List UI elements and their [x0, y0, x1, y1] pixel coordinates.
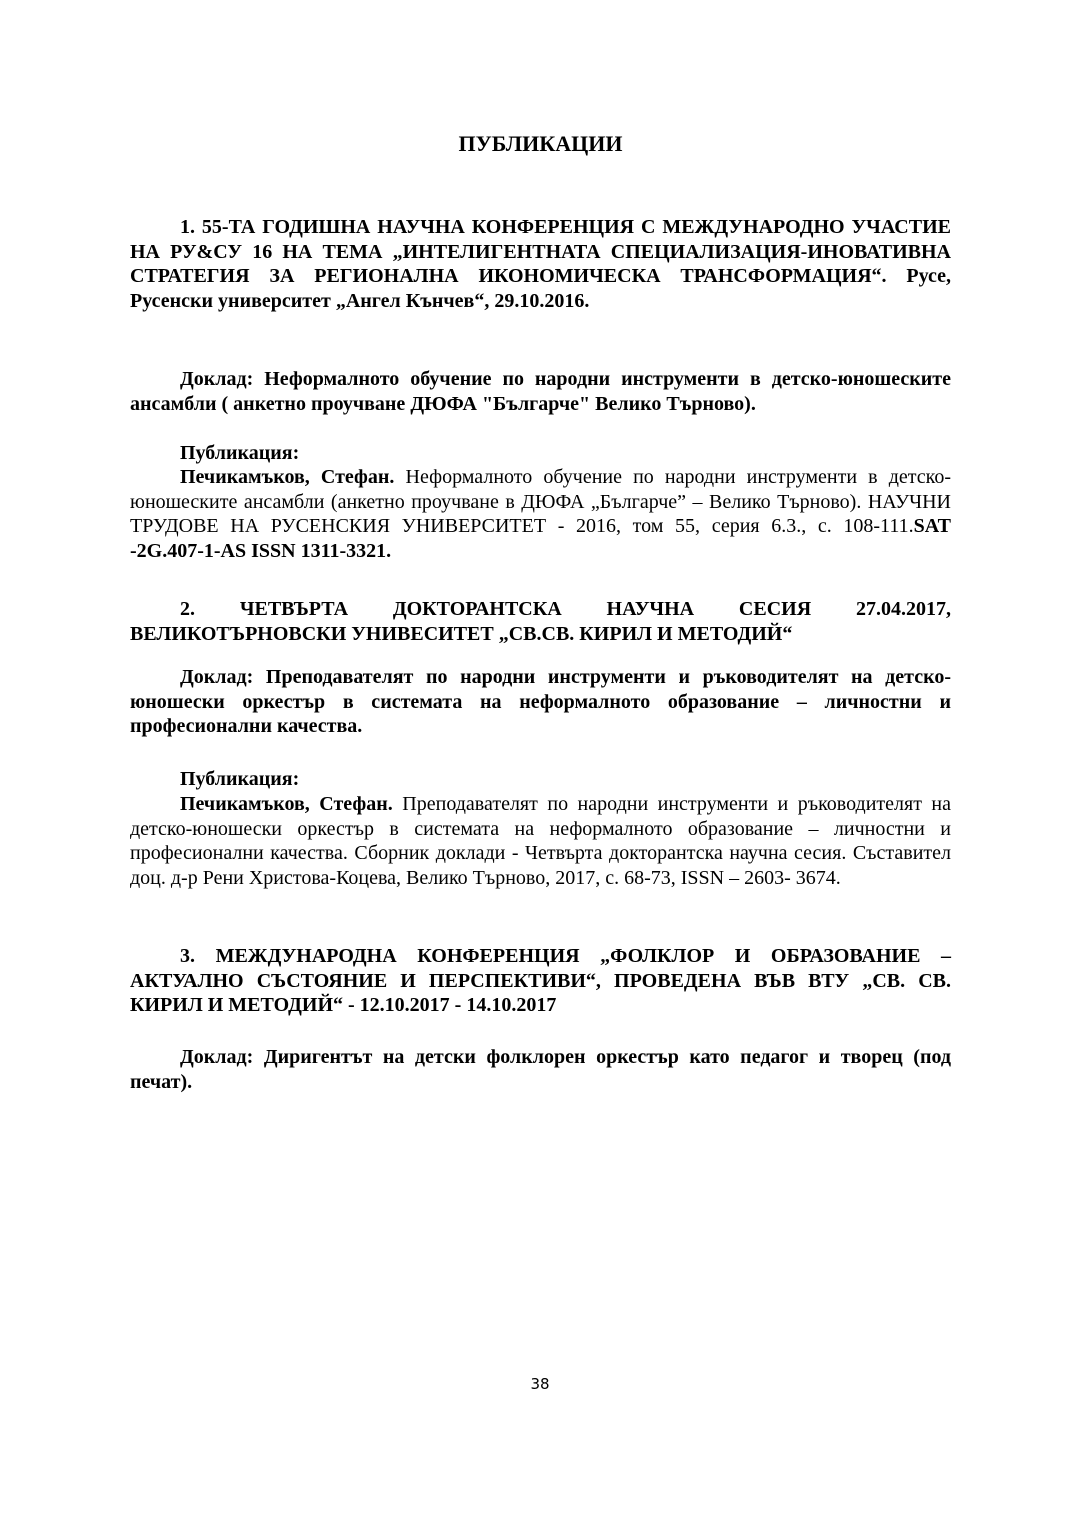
entry-2-report: Доклад: Преподавателят по народни инстру… [130, 665, 951, 739]
entry-1-report-label: Доклад: [180, 368, 253, 390]
entry-1-report-text: Неформалното обучение по народни инструм… [130, 368, 951, 415]
entry-1-author: Печикамъков, Стефан. [180, 466, 394, 488]
entry-2-publication: Печикамъков, Стефан. Преподавателят по н… [130, 792, 951, 890]
entry-2-author: Печикамъков, Стефан. [180, 793, 393, 815]
entry-2-publication-label: Публикация: [130, 767, 951, 792]
entry-1-publication: Печикамъков, Стефан. Неформалното обучен… [130, 465, 951, 563]
entry-3-heading: 3. МЕЖДУНАРОДНА КОНФЕРЕНЦИЯ „ФОЛКЛОР И О… [130, 944, 951, 1018]
entry-3-report-text: Диригентът на детски фолклорен оркестър … [130, 1046, 951, 1093]
entry-1-report: Доклад: Неформалното обучение по народни… [130, 367, 951, 416]
page-title: ПУБЛИКАЦИИ [130, 127, 951, 161]
entry-1-heading: 1. 55-ТА ГОДИШНА НАУЧНА КОНФЕРЕНЦИЯ С МЕ… [130, 215, 951, 313]
page-number: 38 [0, 1374, 1080, 1394]
entry-3-report-label: Доклад: [180, 1046, 253, 1068]
entry-2-heading: 2. ЧЕТВЪРТА ДОКТОРАНТСКА НАУЧНА СЕСИЯ 27… [130, 597, 951, 646]
entry-2-report-text: Преподавателят по народни инструменти и … [130, 666, 951, 737]
entry-3-report: Доклад: Диригентът на детски фолклорен о… [130, 1045, 951, 1094]
entry-2-report-label: Доклад: [180, 666, 253, 688]
entry-1-publication-label: Публикация: [130, 441, 951, 466]
